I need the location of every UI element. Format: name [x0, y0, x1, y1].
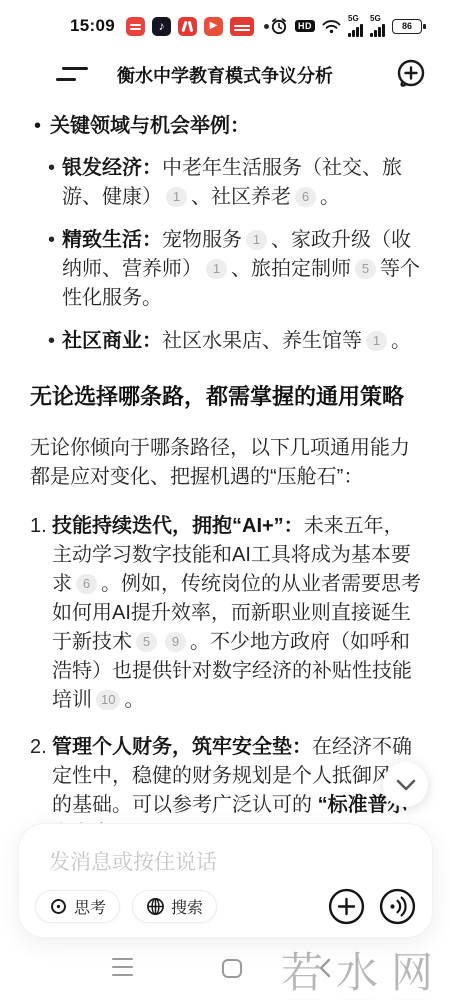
app-screen: 15:09 ♪ ▶ HD 5G — [0, 0, 450, 1000]
clock-time: 15:09 — [70, 16, 115, 36]
header: 衡水中学教育模式争议分析 — [0, 52, 450, 96]
chevron-down-icon — [396, 779, 416, 791]
citation-badge[interactable]: 1 — [366, 331, 387, 351]
signal-5g-icon-2: 5G — [370, 16, 385, 37]
citation-badge[interactable]: 6 — [76, 574, 97, 594]
citation-badge[interactable]: 9 — [165, 632, 186, 652]
message-composer[interactable]: 发消息或按住说话 思考 搜索 — [18, 823, 433, 938]
app-notification-red-2 — [178, 17, 197, 36]
video-play-app-icon: ▶ — [204, 17, 223, 36]
status-bar: 15:09 ♪ ▶ HD 5G — [0, 12, 450, 40]
gesture-nav-bar: 若水网 — [0, 938, 450, 1000]
list-item: 关键领域与机会举例： — [30, 112, 422, 141]
hd-icon: HD — [295, 20, 315, 32]
assistant-message: 关键领域与机会举例： 银发经济：中老年生活服务（社交、旅游、健康）1、社区养老6… — [0, 96, 450, 867]
status-left: 15:09 ♪ ▶ — [70, 16, 269, 36]
citation-badge[interactable]: 1 — [206, 259, 227, 279]
page-title: 衡水中学教育模式争议分析 — [0, 62, 450, 88]
plus-icon — [328, 888, 365, 925]
paragraph: 无论你倾向于哪条路径，以下几项通用能力都是应对变化、把握机遇的“压舱石”： — [30, 434, 422, 492]
list-item: 银发经济：中老年生活服务（社交、旅游、健康）1、社区养老6。 — [30, 154, 422, 212]
status-right: HD 5G 5G 86 — [270, 16, 422, 37]
more-notifications-dot — [264, 24, 269, 29]
recents-icon[interactable] — [112, 958, 133, 978]
search-button[interactable]: 搜索 — [132, 890, 217, 923]
back-icon[interactable] — [318, 958, 332, 978]
citation-badge[interactable]: 6 — [295, 187, 316, 207]
citation-badge[interactable]: 5 — [136, 632, 157, 652]
app-notification-wide — [230, 17, 254, 36]
new-chat-icon[interactable] — [394, 57, 428, 91]
attach-plus-button[interactable] — [328, 888, 365, 925]
item-number: 1. — [30, 512, 47, 541]
think-button[interactable]: 思考 — [35, 890, 120, 923]
sub-list: 银发经济：中老年生活服务（社交、旅游、健康）1、社区养老6。 精致生活：宠物服务… — [30, 154, 422, 356]
list-item: 1. 技能持续迭代，拥抱“AI+”：未来五年，主动学习数字技能和AI工具将成为基… — [30, 512, 422, 715]
wifi-icon — [322, 19, 341, 34]
citation-badge[interactable]: 1 — [246, 230, 267, 250]
alarm-icon — [270, 17, 288, 35]
numbered-list: 1. 技能持续迭代，拥抱“AI+”：未来五年，主动学习数字技能和AI工具将成为基… — [30, 512, 422, 849]
watermark: 若水网 — [281, 940, 446, 1000]
voice-wave-icon — [379, 888, 416, 925]
item-number: 2. — [30, 733, 47, 762]
citation-badge[interactable]: 1 — [166, 187, 187, 207]
list-item: 社区商业：社区水果店、养生馆等1。 — [30, 327, 422, 356]
message-input[interactable]: 发消息或按住说话 — [49, 846, 217, 876]
section-heading: 无论选择哪条路，都需掌握的通用策略 — [30, 382, 422, 412]
signal-5g-icon: 5G — [348, 16, 363, 37]
globe-icon — [146, 897, 165, 916]
app-notification-red — [126, 17, 145, 36]
citation-badge[interactable]: 10 — [96, 690, 120, 710]
douyin-icon: ♪ — [152, 17, 171, 36]
voice-call-button[interactable] — [379, 888, 416, 925]
citation-badge[interactable]: 5 — [355, 259, 376, 279]
atom-icon — [49, 897, 68, 916]
home-icon[interactable] — [222, 959, 242, 978]
list-item: 精致生活：宠物服务1、家政升级（收纳师、营养师）1、旅拍定制师5等个性化服务。 — [30, 226, 422, 313]
battery-icon: 86 — [392, 19, 422, 34]
composer-toolbar: 思考 搜索 — [35, 889, 416, 923]
scroll-to-bottom-button[interactable] — [383, 762, 428, 807]
